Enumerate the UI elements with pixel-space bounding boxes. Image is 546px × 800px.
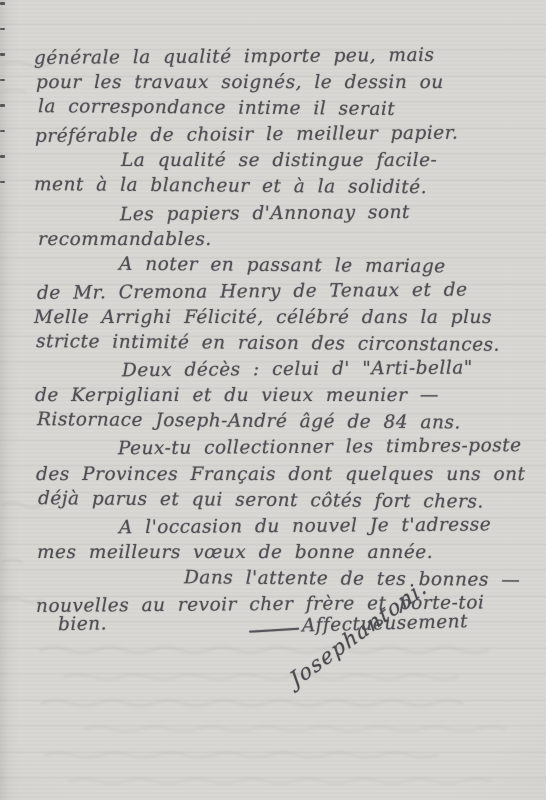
- page-edge-mark: [0, 104, 5, 107]
- letter-page: générale la qualité importe peu, maispou…: [0, 0, 546, 800]
- page-edge-mark: [0, 155, 5, 158]
- flourish-dash-icon: [249, 627, 299, 632]
- letter-lines: générale la qualité importe peu, maispou…: [36, 44, 524, 618]
- letter-line: A noter en passant le mariage: [35, 251, 523, 281]
- letter-line: stricte intimité en raison des circonsta…: [36, 329, 524, 359]
- letter-line: recommandables.: [38, 227, 526, 253]
- letter-line: Melle Arrighi Félicité, célébré dans la …: [34, 305, 522, 331]
- letter-line: Les papiers d'Annonay sont: [36, 199, 524, 229]
- page-edge-mark: [0, 79, 5, 82]
- letter-line: La qualité se distingue facile-: [37, 148, 525, 174]
- letter-line: préférable de choisir le meilleur papier…: [35, 120, 523, 150]
- letter-line: de Mr. Cremona Henry de Tenaux et de: [37, 277, 525, 307]
- letter-line: mes meilleurs vœux de bonne année.: [37, 540, 525, 566]
- page-edge-mark: [0, 2, 5, 5]
- page-edge-mark: [0, 53, 5, 56]
- letter-line: générale la qualité importe peu, mais: [34, 42, 522, 72]
- page-edge-mark: [0, 181, 5, 184]
- letter-line: de Kerpigliani et du vieux meunier —: [35, 383, 523, 409]
- page-edge-mark: [0, 130, 5, 133]
- letter-line: A l'occasion du nouvel Je t'adresse: [35, 512, 523, 542]
- closing-word: bien.: [36, 613, 107, 635]
- letter-line: Deux décès : celui d' "Arti-bella": [38, 355, 526, 385]
- letter-line: pour les travaux soignés, le dessin ou: [36, 70, 524, 96]
- letter-line: Dans l'attente de tes bonnes —: [34, 564, 522, 594]
- letter-line: Peux-tu collectionner les timbres-poste: [34, 434, 522, 464]
- letter-line: des Provinces Français dont quelques uns…: [36, 462, 524, 488]
- page-edge-mark: [0, 28, 5, 31]
- closing-row: bien. Affectueusement: [36, 614, 468, 635]
- letter-line: ment à la blancheur et à la solidité.: [34, 173, 522, 203]
- letter-line: déjà parus et qui seront côtés fort cher…: [38, 486, 526, 516]
